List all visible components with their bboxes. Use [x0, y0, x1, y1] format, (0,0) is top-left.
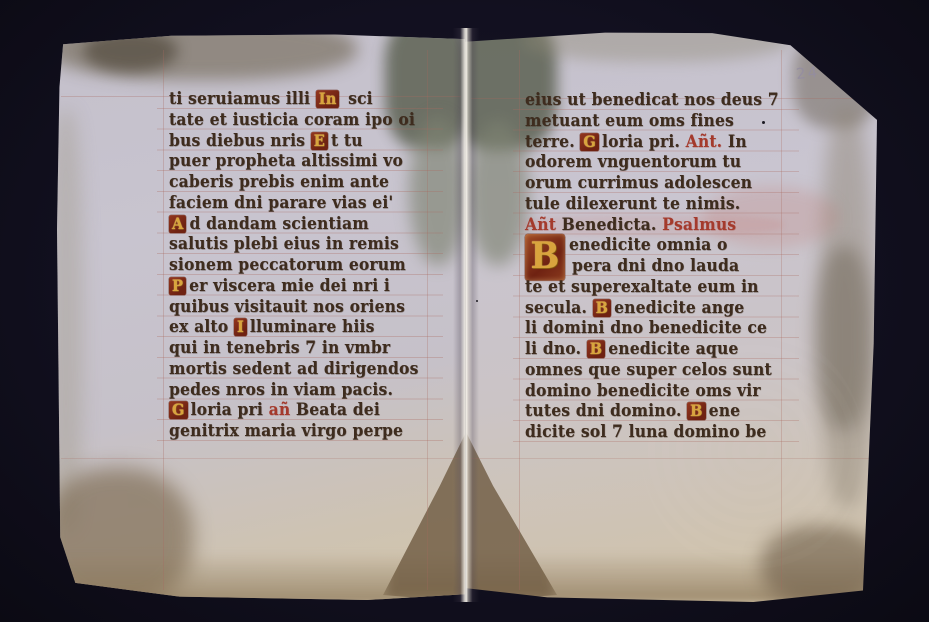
illuminated-initial: In [316, 90, 340, 108]
body-text: ene [709, 400, 741, 420]
body-text: puer propheta altissimi vo [169, 150, 403, 170]
text-line: li dno. Benedicite aque [525, 338, 739, 358]
body-text: bus diebus nris [169, 130, 311, 150]
rubric-text: Añt. [686, 131, 728, 151]
illuminated-initial: I [234, 318, 247, 336]
rubric-text: Psalmus [662, 214, 736, 234]
body-text: pedes nros in viam pacis. [169, 379, 393, 399]
manuscript-left-page: ti seruiamus illi In scitate et iusticia… [57, 30, 465, 600]
body-text: loria pri [191, 399, 269, 419]
illuminated-initial: B [587, 340, 605, 358]
text-line: pedes nros in viam pacis. [169, 379, 393, 399]
body-text: In [728, 131, 747, 151]
body-text: sci [342, 88, 372, 108]
illuminated-initial: A [169, 215, 186, 233]
body-text: dicite sol 7 luna domino be [525, 421, 766, 441]
text-line: odorem vnguentorum tu [525, 151, 741, 171]
body-text: ex alto [169, 316, 234, 336]
text-line: orum currimus adolescen [525, 172, 752, 192]
body-text: faciem dni parare vias ei' [169, 192, 393, 212]
body-text: enedicite aque [608, 338, 738, 358]
text-line: dicite sol 7 luna domino be [525, 421, 766, 441]
body-text: metuant eum oms fines [525, 110, 734, 130]
body-text: mortis sedent ad dirigendos [169, 358, 419, 378]
body-text: li domini dno benedicite ce [525, 317, 767, 337]
text-line: metuant eum oms fines [525, 110, 734, 130]
body-text: quibus visitauit nos oriens [169, 296, 405, 316]
body-text: genitrix maria virgo perpe [169, 420, 403, 440]
body-text: tate et iusticia coram ipo oi [169, 109, 415, 129]
body-text: t tu [331, 130, 363, 150]
text-line: genitrix maria virgo perpe [169, 420, 403, 440]
text-line: secula. Benedicite ange [525, 297, 744, 317]
text-line: faciem dni parare vias ei' [169, 192, 393, 212]
text-line: Gloria pri añ Beata dei [169, 399, 380, 419]
slide-photograph: ti seruiamus illi In scitate et iusticia… [0, 0, 929, 622]
text-line: te et superexaltate eum in [525, 276, 759, 296]
body-text: odorem vnguentorum tu [525, 151, 741, 171]
text-line: pera dni dno lauda [525, 255, 739, 275]
body-text: li dno. [525, 338, 587, 358]
body-text: tutes dni domino. [525, 400, 687, 420]
body-text: Beata dei [296, 399, 380, 419]
folio-number: 24 [795, 63, 820, 83]
text-line: puer propheta altissimi vo [169, 150, 403, 170]
text-line: ti seruiamus illi In sci [169, 88, 373, 108]
body-text: enedicite ange [614, 297, 744, 317]
illuminated-initial: G [580, 133, 599, 151]
body-text: er viscera mie dei nri i [189, 275, 390, 295]
body-text: lluminare hiis [250, 316, 375, 336]
text-line: omnes que super celos sunt [525, 359, 772, 379]
dust-speck [762, 121, 765, 124]
illuminated-initial: B [687, 402, 705, 420]
text-line: eius ut benedicat nos deus 7 [525, 89, 779, 109]
illuminated-initial: P [169, 277, 186, 295]
rubric-text: Añt [525, 214, 562, 234]
body-text: d dandam scientiam [189, 213, 368, 233]
manuscript-right-page: eius ut benedicat nos deus 7metuant eum … [465, 28, 877, 602]
text-line: Ad dandam scientiam [169, 213, 369, 233]
illuminated-initial: B [593, 299, 611, 317]
body-text: sionem peccatorum eorum [169, 254, 406, 274]
body-text: enedicite omnia o [569, 234, 728, 254]
dust-speck [476, 300, 478, 302]
text-line: ex alto Illuminare hiis [169, 316, 375, 336]
body-text: secula. [525, 297, 593, 317]
body-text: terre. [525, 131, 580, 151]
body-text: orum currimus adolescen [525, 172, 752, 192]
text-line: Per viscera mie dei nri i [169, 275, 390, 295]
text-line: tule dilexerunt te nimis. [525, 193, 740, 213]
body-text: eius ut benedicat nos deus 7 [525, 89, 779, 109]
text-line: domino benedicite oms vir [525, 380, 761, 400]
text-line: caberis prebis enim ante [169, 171, 389, 191]
text-line: bus diebus nris Et tu [169, 130, 363, 150]
text-line: quibus visitauit nos oriens [169, 296, 405, 316]
text-line: salutis plebi eius in remis [169, 233, 399, 253]
text-line: tutes dni domino. Bene [525, 400, 740, 420]
text-line: qui in tenebris 7 in vmbr [169, 337, 390, 357]
body-text: salutis plebi eius in remis [169, 233, 399, 253]
rubric-text: añ [269, 399, 296, 419]
text-line: sionem peccatorum eorum [169, 254, 406, 274]
body-text: Benedicta. [562, 214, 662, 234]
body-text: pera dni dno lauda [572, 255, 739, 275]
text-line: li domini dno benedicite ce [525, 317, 767, 337]
body-text: omnes que super celos sunt [525, 359, 772, 379]
body-text: tule dilexerunt te nimis. [525, 193, 740, 213]
body-text: caberis prebis enim ante [169, 171, 389, 191]
body-text: domino benedicite oms vir [525, 380, 761, 400]
body-text: qui in tenebris 7 in vmbr [169, 337, 390, 357]
text-line: Añt Benedicta. Psalmus [525, 214, 736, 234]
body-text: te et superexaltate eum in [525, 276, 759, 296]
illuminated-initial: E [311, 132, 328, 150]
illuminated-initial: G [169, 401, 188, 419]
text-line: terre. Gloria pri. Añt. In [525, 131, 747, 151]
body-text: ti seruiamus illi [169, 88, 316, 108]
text-line: mortis sedent ad dirigendos [169, 358, 419, 378]
text-line: tate et iusticia coram ipo oi [169, 109, 415, 129]
body-text: loria pri. [602, 131, 686, 151]
